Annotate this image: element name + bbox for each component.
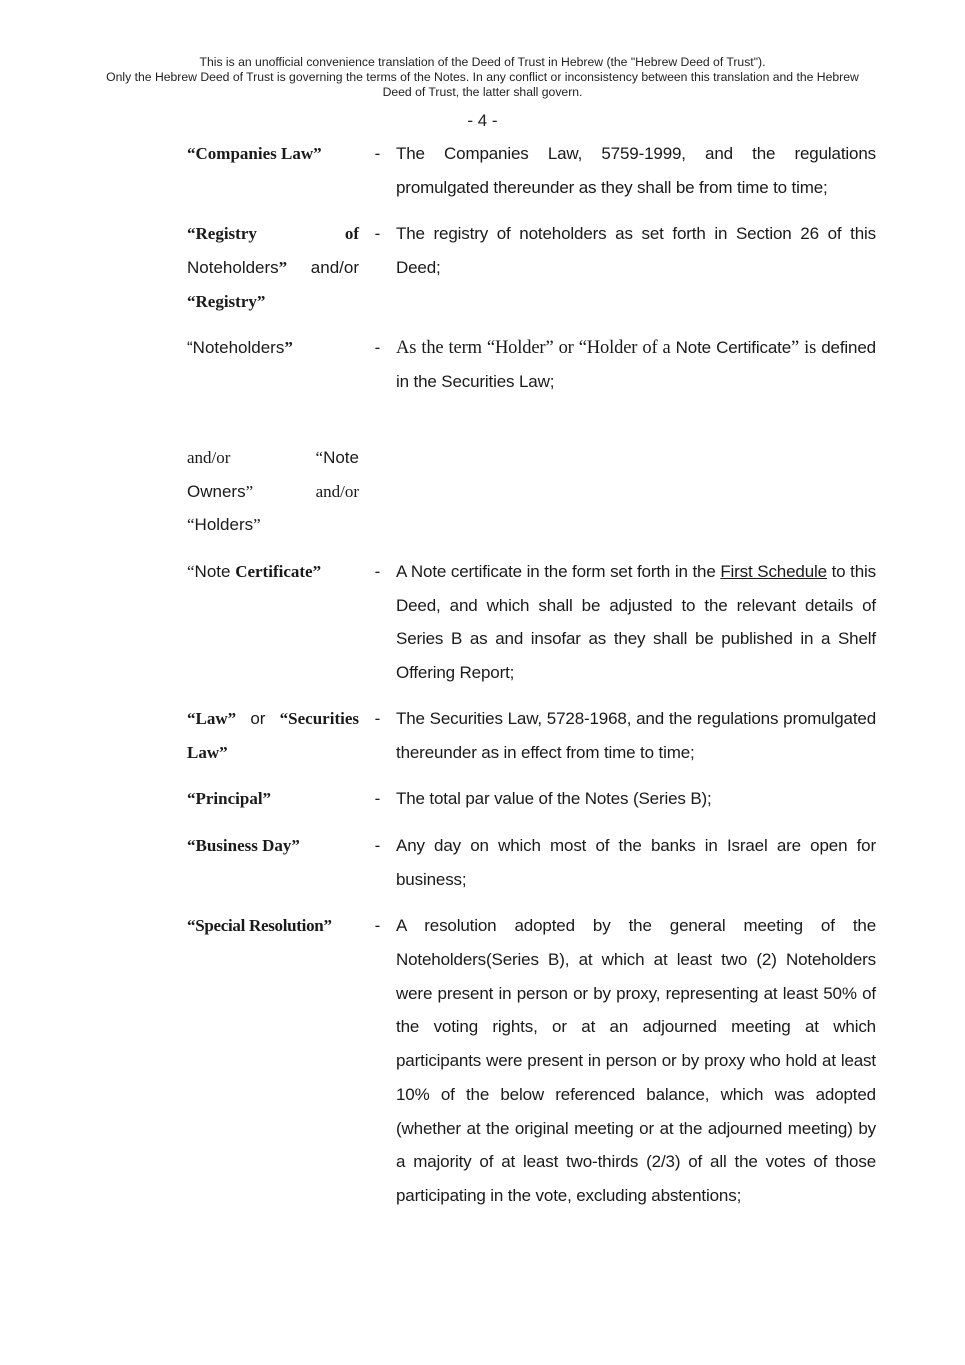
term-line: Noteholders”and/or (187, 251, 359, 285)
translation-disclaimer: This is an unofficial convenience transl… (100, 55, 865, 100)
term-line: Owners” and/or (187, 475, 359, 509)
separator: - (359, 782, 396, 816)
definitions-list: “Companies Law” - The Companies Law, 575… (187, 137, 877, 1213)
term-part: and/or (311, 251, 359, 285)
term-part: “Registry (187, 217, 257, 251)
definition-principal: “Principal” - The total par value of the… (187, 782, 877, 816)
definition-text: Any day on which most of the banks in Is… (396, 829, 876, 896)
term-part: and/or (316, 475, 359, 509)
term-part: Owners” (187, 475, 253, 509)
term: “Registryof Noteholders”and/or “Registry… (187, 217, 359, 318)
disclaimer-line-2: Only the Hebrew Deed of Trust is governi… (100, 70, 865, 85)
term: “Noteholders” (187, 331, 359, 365)
term-part: of (345, 217, 359, 251)
definition-special-resolution: “Special Resolution” - A resolution adop… (187, 909, 877, 1212)
term: “Note Certificate” (187, 555, 359, 589)
term: “Principal” (187, 782, 359, 816)
term-part: “Note (316, 441, 359, 475)
separator: - (359, 555, 396, 589)
separator: - (359, 702, 396, 736)
definition-part: A Note certificate in the form set forth… (396, 562, 720, 581)
separator: - (359, 909, 396, 943)
definition-text: A Note certificate in the form set forth… (396, 555, 876, 690)
page-number: - 4 - (0, 111, 965, 131)
definition-part: Note Certificate (676, 338, 791, 357)
term: “Law” or “Securities Law” (187, 702, 359, 769)
term-part: “Registry” (187, 285, 359, 319)
definition-noteholders: “Noteholders” - As the term “Holder” or … (187, 331, 877, 399)
definition-text: As the term “Holder” or “Holder of a Not… (396, 331, 876, 399)
separator: - (359, 829, 396, 863)
definition-registry: “Registryof Noteholders”and/or “Registry… (187, 217, 877, 318)
separator: - (359, 137, 396, 171)
term-part: and/or (187, 441, 230, 475)
definition-text: A resolution adopted by the general meet… (396, 909, 876, 1212)
separator: - (359, 331, 396, 365)
disclaimer-line-1: This is an unofficial convenience transl… (100, 55, 865, 70)
definition-text: The Securities Law, 5728-1968, and the r… (396, 702, 876, 769)
definition-business-day: “Business Day” - Any day on which most o… (187, 829, 877, 896)
definition-note-owners-holders: and/or “Note Owners” and/or “Holders” (187, 441, 877, 542)
definition-securities-law: “Law” or “Securities Law” - The Securiti… (187, 702, 877, 769)
disclaimer-line-3: Deed of Trust, the latter shall govern. (100, 85, 865, 100)
term-part: “Holders” (187, 508, 359, 542)
term-line: “Registryof (187, 217, 359, 251)
definition-companies-law: “Companies Law” - The Companies Law, 575… (187, 137, 877, 204)
term: “Special Resolution” (187, 909, 359, 943)
term: “Companies Law” (187, 137, 359, 171)
term: “Business Day” (187, 829, 359, 863)
definition-text: The Companies Law, 5759-1999, and the re… (396, 137, 876, 204)
definition-note-certificate: “Note Certificate” - A Note certificate … (187, 555, 877, 690)
definition-text: The registry of noteholders as set forth… (396, 217, 876, 284)
definition-part: ” is (791, 338, 821, 358)
term-part: Noteholders” (187, 251, 287, 285)
first-schedule-reference: First Schedule (720, 562, 827, 581)
term-line: and/or “Note (187, 441, 359, 475)
term: and/or “Note Owners” and/or “Holders” (187, 441, 359, 542)
definition-part: As the term “Holder” or “Holder of a (396, 338, 676, 358)
separator: - (359, 217, 396, 251)
definition-text: The total par value of the Notes (Series… (396, 782, 876, 816)
